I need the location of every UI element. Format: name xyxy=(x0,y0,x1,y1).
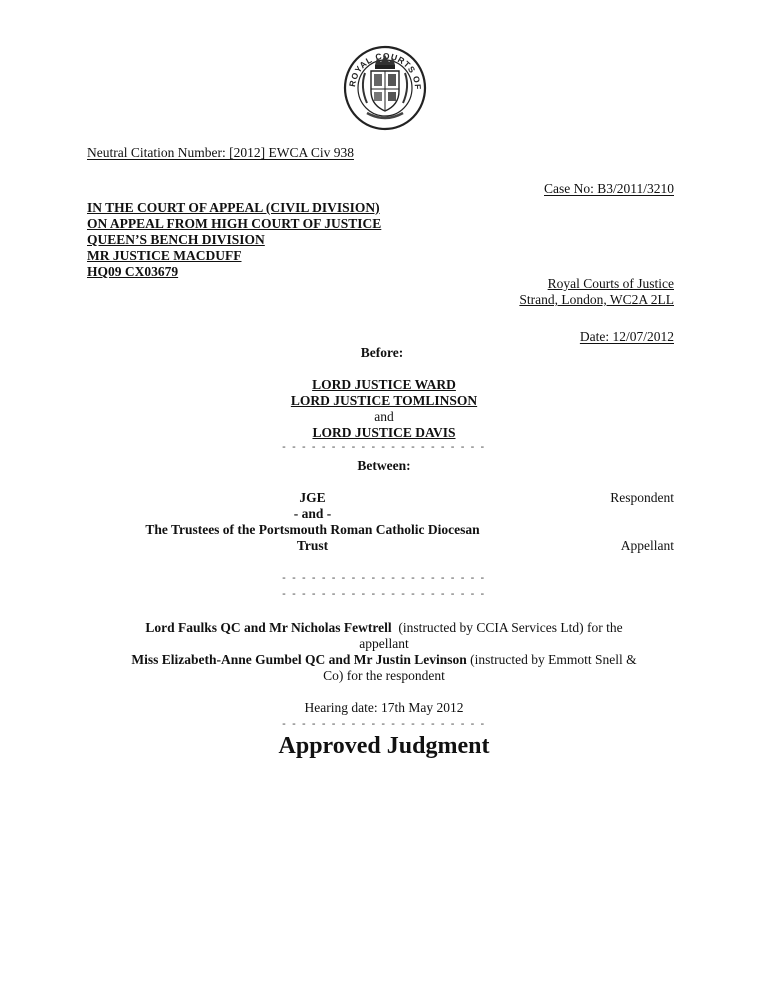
respondent-role: Respondent xyxy=(610,490,674,506)
versus-label: - and - xyxy=(120,506,505,522)
claim-number: HQ09 CX03679 xyxy=(87,264,381,280)
counsel-instruction-continued: Co) for the respondent xyxy=(323,668,445,683)
royal-courts-of-justice-seal-icon: ROYAL COURTS OF JUSTICE xyxy=(343,43,427,131)
appellant-row: The Trustees of the Portsmouth Roman Cat… xyxy=(0,522,768,538)
judge-name: LORD JUSTICE TOMLINSON xyxy=(291,393,477,408)
bench-judges: LORD JUSTICE WARD LORD JUSTICE TOMLINSON… xyxy=(0,377,768,441)
counsel-instruction: (instructed by Emmott Snell & xyxy=(470,652,636,667)
respondent-name: JGE xyxy=(120,490,505,506)
court-details: IN THE COURT OF APPEAL (CIVIL DIVISION) … xyxy=(87,200,381,280)
address-line: Strand, London, WC2A 2LL xyxy=(519,292,674,308)
versus-row: - and - xyxy=(0,506,768,522)
appellant-name-continued: Trust xyxy=(120,538,505,554)
respondent-row: JGE Respondent xyxy=(0,490,768,506)
counsel-instruction-continued: appellant xyxy=(359,636,408,651)
counsel-names: Lord Faulks QC and Mr Nicholas Fewtrell xyxy=(145,620,391,635)
separator-line: - - - - - - - - - - - - - - - - - - - - … xyxy=(0,440,768,454)
address-line: Royal Courts of Justice xyxy=(519,276,674,292)
appellant-name: The Trustees of the Portsmouth Roman Cat… xyxy=(120,522,505,538)
counsel-instruction: (instructed by CCIA Services Ltd) for th… xyxy=(398,620,622,635)
appeal-from: ON APPEAL FROM HIGH COURT OF JUSTICE xyxy=(87,216,381,232)
judges-conjunction: and xyxy=(0,409,768,425)
judgment-date: Date: 12/07/2012 xyxy=(580,329,674,345)
document-title: Approved Judgment xyxy=(0,732,768,760)
court-name: IN THE COURT OF APPEAL (CIVIL DIVISION) xyxy=(87,200,381,216)
trial-judge: MR JUSTICE MACDUFF xyxy=(87,248,381,264)
appellant-row-2: Trust Appellant xyxy=(0,538,768,554)
division: QUEEN’S BENCH DIVISION xyxy=(87,232,381,248)
hearing-date: Hearing date: 17th May 2012 xyxy=(0,700,768,716)
appellant-counsel: Lord Faulks QC and Mr Nicholas Fewtrell … xyxy=(98,620,670,652)
case-number: Case No: B3/2011/3210 xyxy=(544,181,674,197)
before-label: Before: xyxy=(0,345,764,361)
separator-line: - - - - - - - - - - - - - - - - - - - - … xyxy=(0,587,768,601)
judge-name: LORD JUSTICE DAVIS xyxy=(312,425,455,440)
court-address: Royal Courts of Justice Strand, London, … xyxy=(519,276,674,308)
counsel-names: Miss Elizabeth-Anne Gumbel QC and Mr Jus… xyxy=(131,652,466,667)
between-label: Between: xyxy=(0,458,768,474)
counsel-appearances: Lord Faulks QC and Mr Nicholas Fewtrell … xyxy=(98,620,670,684)
appellant-role: Appellant xyxy=(621,538,674,554)
respondent-counsel: Miss Elizabeth-Anne Gumbel QC and Mr Jus… xyxy=(78,652,690,684)
separator-line: - - - - - - - - - - - - - - - - - - - - … xyxy=(0,571,768,585)
judge-name: LORD JUSTICE WARD xyxy=(312,377,456,392)
separator-line: - - - - - - - - - - - - - - - - - - - - … xyxy=(0,717,768,731)
neutral-citation-number: Neutral Citation Number: [2012] EWCA Civ… xyxy=(87,145,354,161)
